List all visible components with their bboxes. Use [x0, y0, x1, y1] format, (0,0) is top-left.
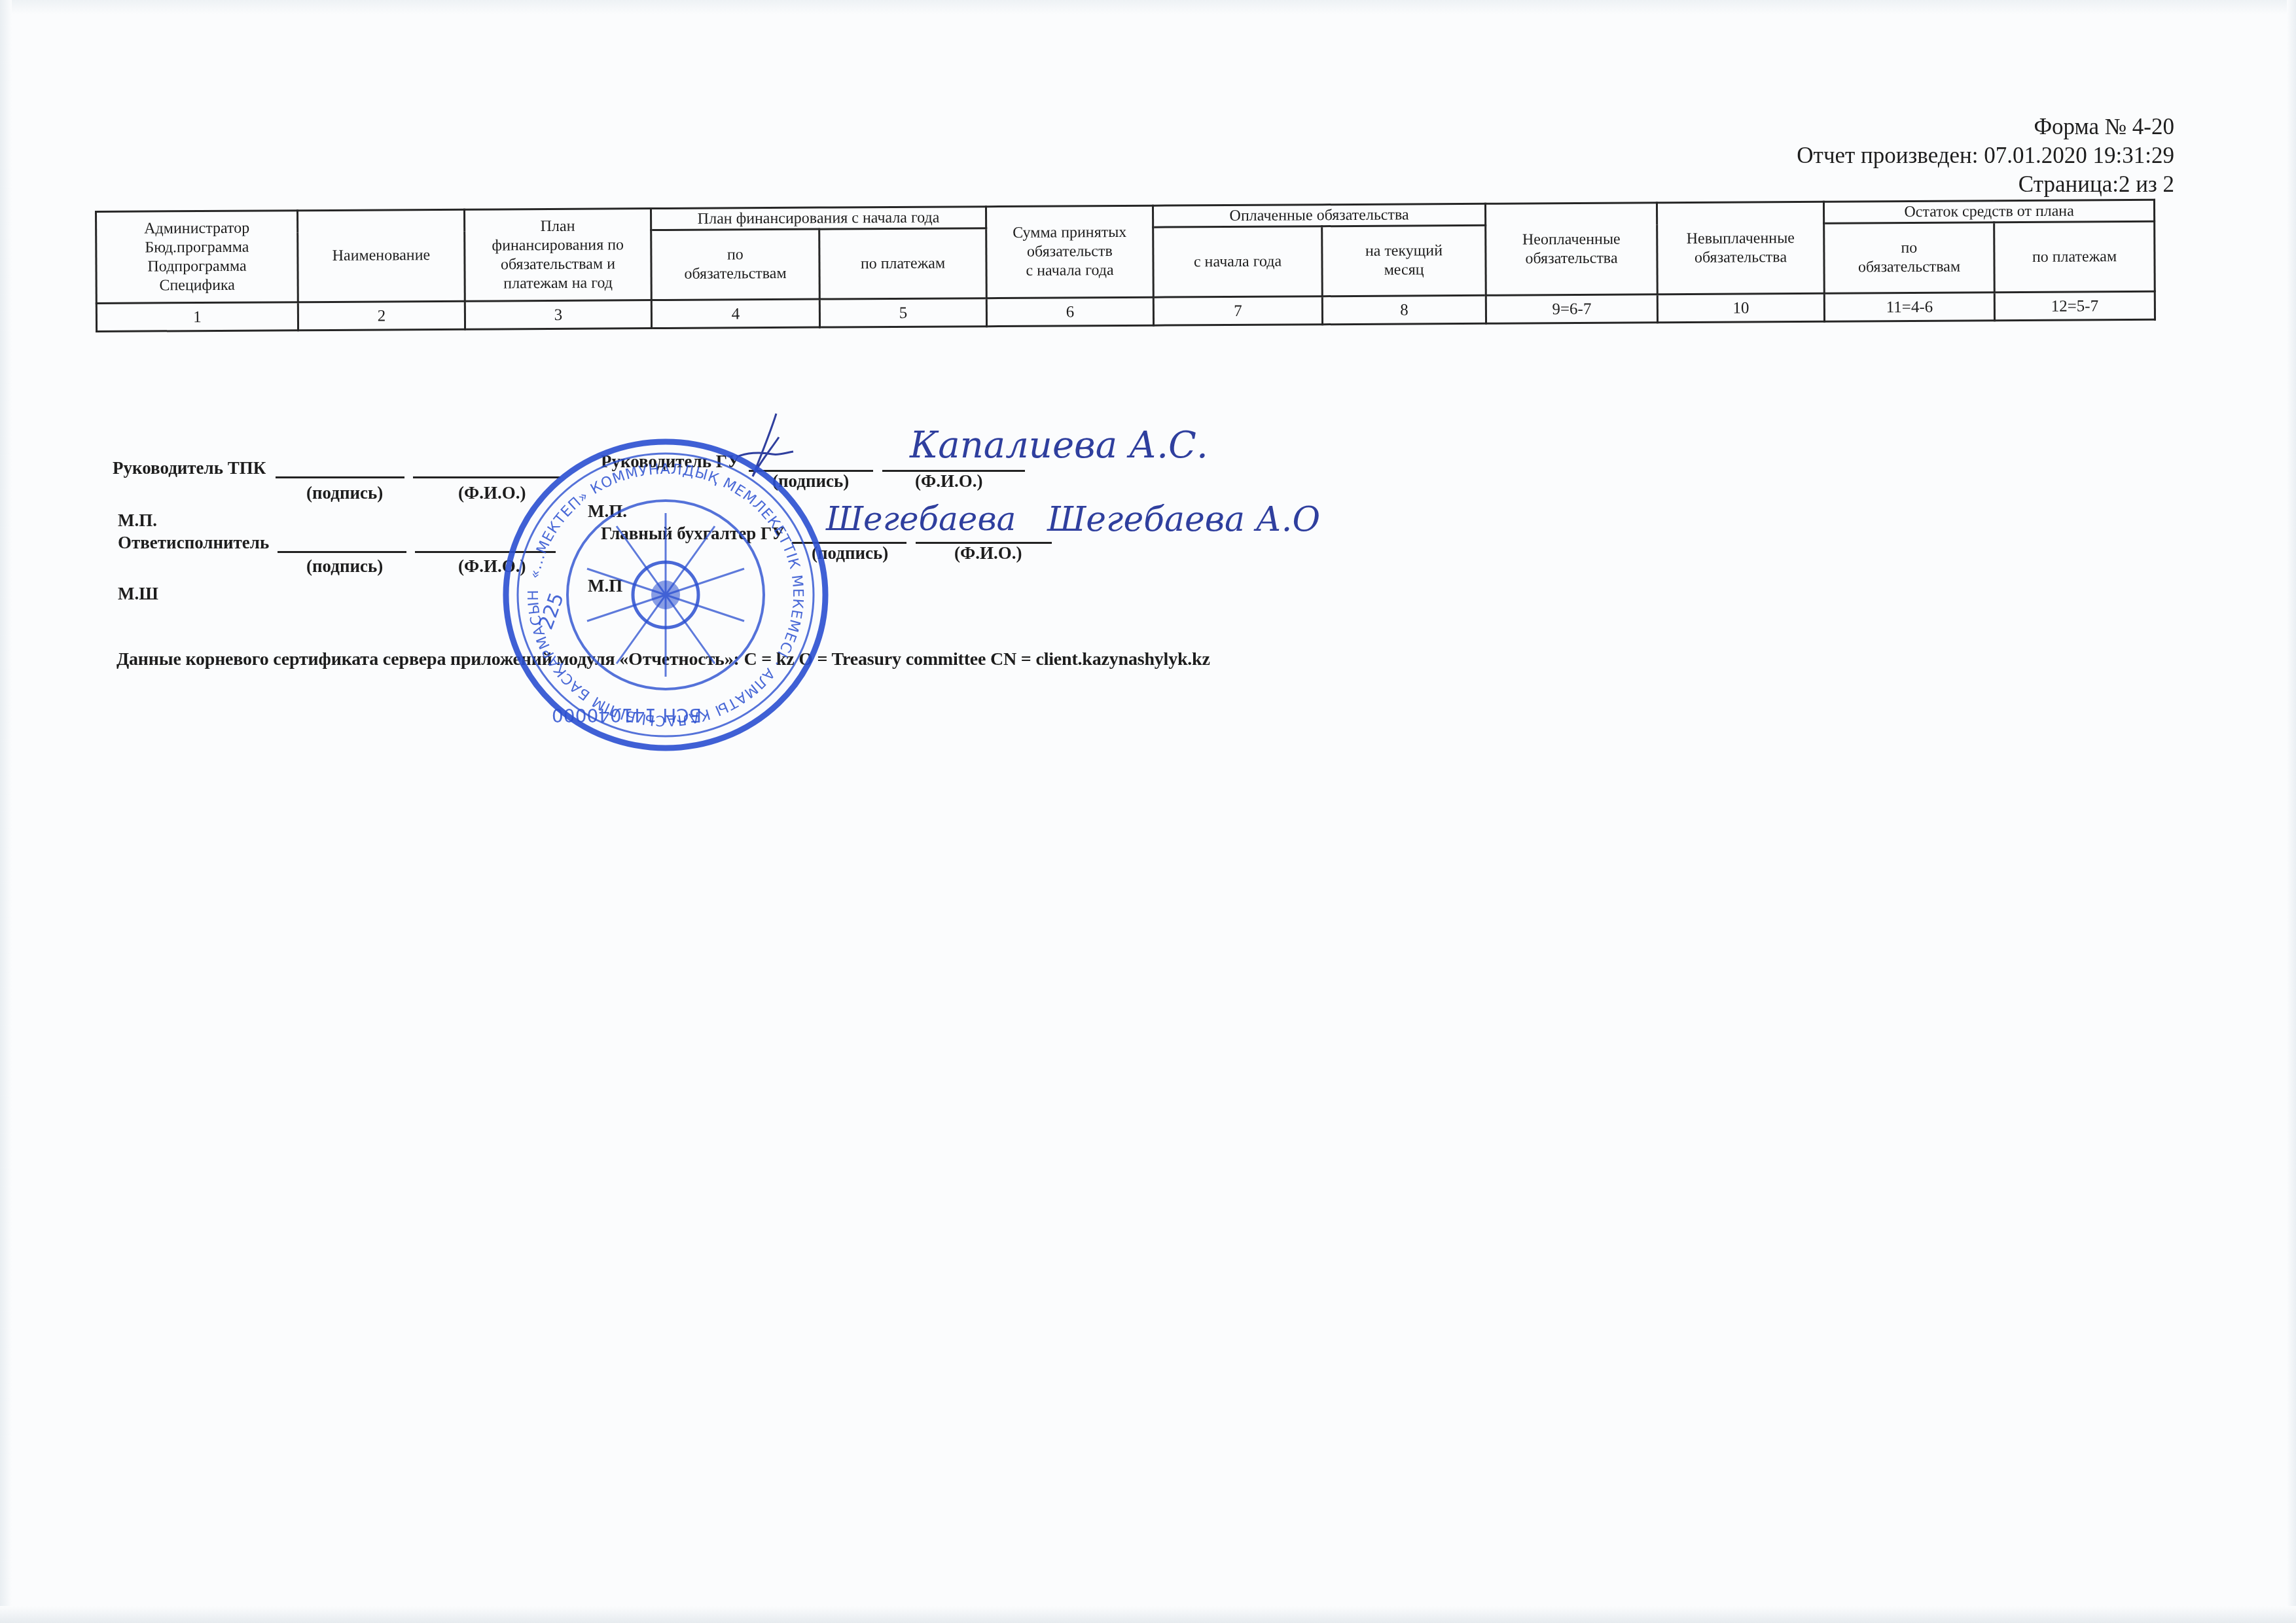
signature-caption: (подпись) — [306, 556, 383, 577]
col-number: 12=5-7 — [1994, 291, 2155, 320]
col-header-paid-month: на текущий месяц — [1322, 225, 1486, 296]
name-caption: (Ф.И.О.) — [915, 471, 982, 491]
scan-edge-bottom — [0, 1606, 2296, 1623]
col-header-name: Наименование — [298, 209, 465, 302]
col-number: 4 — [651, 299, 819, 328]
seal-placeholder: М.П. — [588, 501, 627, 522]
signature-role: Руководитель ГУ — [601, 452, 740, 471]
signature-role: Главный бухгалтер ГУ — [601, 524, 785, 543]
handwritten-signature-chief-accountant: Шегебаева — [826, 500, 1016, 538]
signature-role: Руководитель ТПК — [113, 458, 266, 478]
name-caption: (Ф.И.О.) — [458, 556, 526, 577]
handwritten-signature-gu-head — [733, 411, 812, 483]
signature-caption: (подпись) — [306, 483, 383, 503]
col-header-annual-plan: План финансирования по обязательствам и … — [464, 209, 651, 302]
col-number: 6 — [986, 297, 1153, 326]
col-number: 1 — [96, 302, 298, 332]
name-line — [413, 457, 560, 478]
seal-placeholder: М.П — [588, 576, 622, 596]
col-number: 2 — [298, 301, 465, 330]
col-number: 11=4-6 — [1824, 293, 1994, 321]
signature-caption: (подпись) — [812, 543, 888, 563]
seal-placeholder: М.Ш — [118, 584, 158, 604]
scan-edge-left — [0, 0, 12, 1623]
col-number: 10 — [1657, 293, 1824, 322]
report-table: Администратор Бюд.программа Подпрограмма… — [95, 199, 2156, 332]
col-header-unpaid: Неоплаченные обязательства — [1486, 203, 1658, 296]
name-caption: (Ф.И.О.) — [458, 483, 526, 503]
page-indicator: Страница:2 из 2 — [1797, 170, 2174, 199]
certificate-info: Данные корневого сертификата сервера при… — [117, 649, 1210, 670]
col-group-remaining: Остаток средств от плана — [1823, 200, 2154, 223]
name-caption: (Ф.И.О.) — [954, 543, 1022, 563]
signature-row-executor: Ответисполнитель — [118, 531, 556, 553]
col-header-paid-ytd: с начала года — [1153, 226, 1323, 297]
scan-edge-top — [0, 0, 2296, 14]
seal-placeholder: М.П. — [118, 510, 157, 531]
col-header-remaining-obligations: по обязательствам — [1824, 223, 1995, 293]
svg-text:БСН 141040000: БСН 141040000 — [552, 704, 702, 726]
col-number: 3 — [465, 300, 651, 330]
col-group-plan-ytd: План финансирования с начала года — [651, 207, 986, 230]
col-header-admin: Администратор Бюд.программа Подпрограмма… — [96, 211, 298, 304]
col-header-remaining-payments: по платежам — [1994, 221, 2155, 292]
col-group-paid: Оплаченные обязательства — [1153, 204, 1485, 227]
signature-line — [278, 531, 406, 553]
form-number: Форма № 4-20 — [1797, 113, 2174, 141]
signature-line — [276, 457, 404, 478]
signature-row-tpk-head: Руководитель ТПК — [113, 457, 560, 478]
signature-role: Ответисполнитель — [118, 533, 269, 552]
col-number: 9=6-7 — [1486, 294, 1657, 324]
generated-timestamp: Отчет произведен: 07.01.2020 19:31:29 — [1797, 141, 2174, 170]
col-number: 5 — [819, 298, 986, 327]
col-header-plan-ytd-payments: по платежам — [819, 228, 987, 299]
col-header-undisbursed: Невыплаченные обязательства — [1657, 202, 1825, 294]
col-number: 7 — [1153, 296, 1322, 325]
handwritten-name-chief-accountant: Шегебаева А.О — [1047, 500, 1320, 539]
col-header-accepted-obligations: Сумма принятых обязательств с начала год… — [986, 205, 1154, 298]
col-header-plan-ytd-obligations: по обязательствам — [651, 229, 820, 300]
name-line — [415, 531, 556, 553]
svg-text:225: 225 — [535, 590, 569, 633]
report-header: Форма № 4-20 Отчет произведен: 07.01.202… — [1797, 113, 2174, 199]
handwritten-name-gu-head: Капалиева А.С. — [910, 424, 1208, 467]
scan-edge-right — [2287, 0, 2296, 1623]
col-number: 8 — [1322, 295, 1486, 324]
